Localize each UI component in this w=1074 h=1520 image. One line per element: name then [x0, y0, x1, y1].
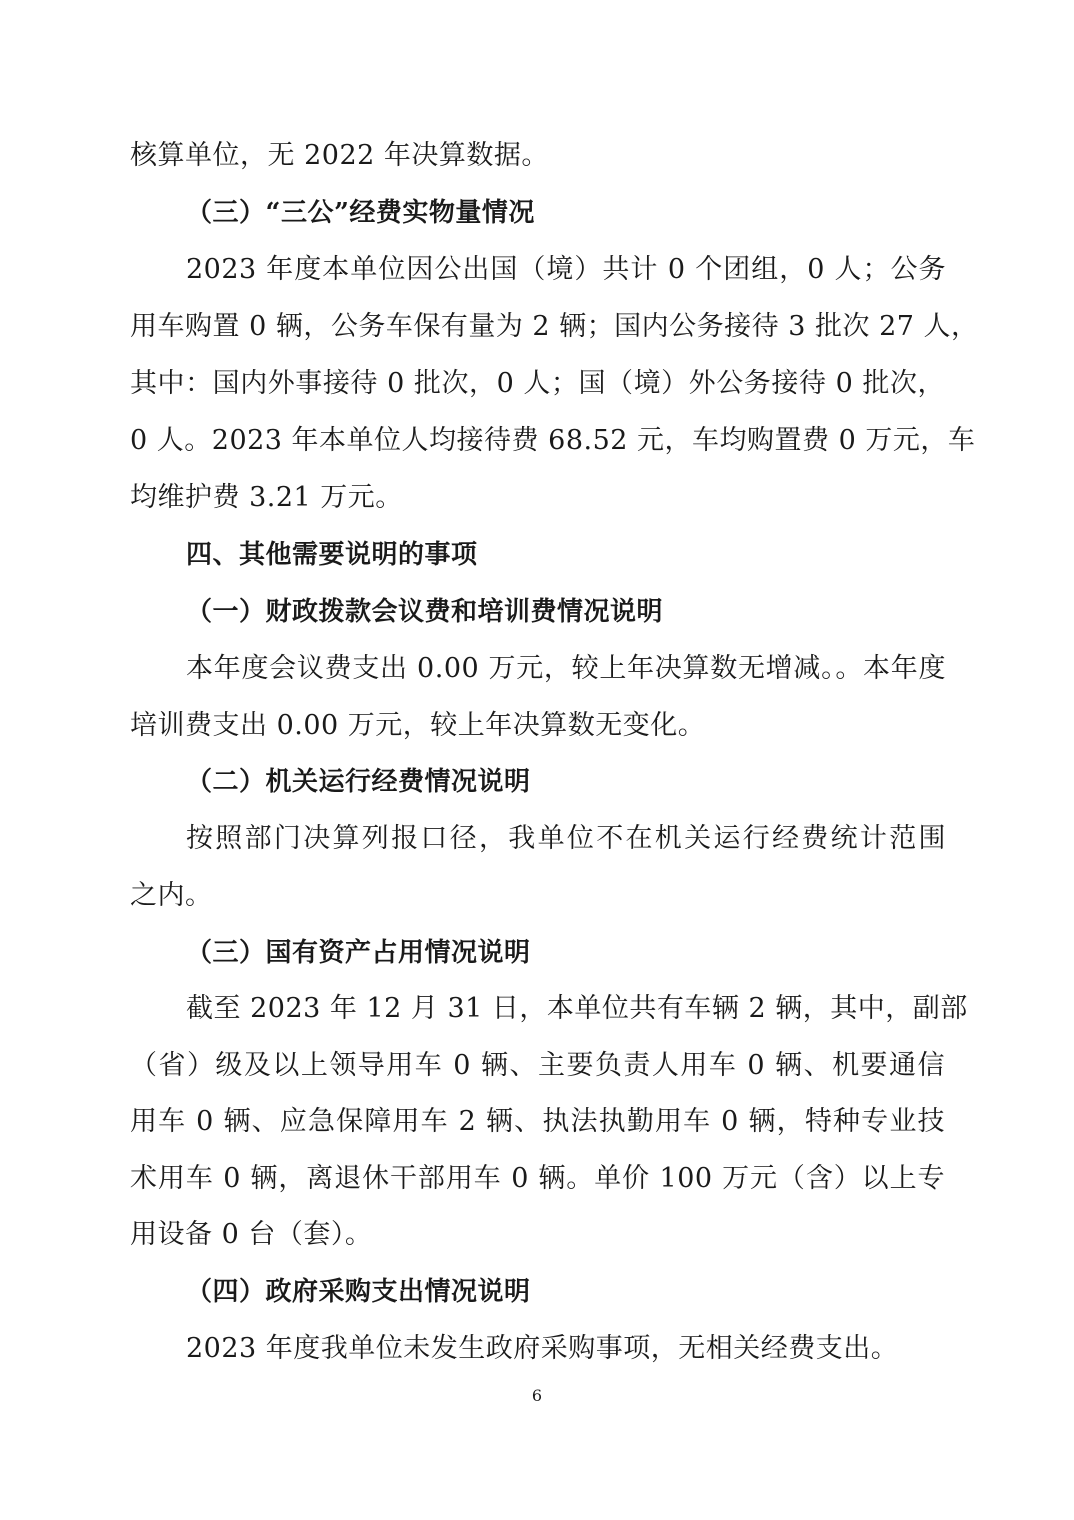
paragraph-line: （省）级及以上领导用车 0 辆、主要负责人用车 0 辆、机要通信: [130, 1048, 945, 1084]
section-heading-sangong-physical: （三）“三公”经费实物量情况: [186, 195, 1006, 231]
paragraph-line: 术用车 0 辆，离退休干部用车 0 辆。单价 100 万元（含）以上专: [130, 1161, 945, 1197]
paragraph-line: 2023 年度本单位因公出国（境）共计 0 个团组，0 人；公务: [186, 252, 946, 288]
page-number: 6: [0, 1386, 1074, 1406]
paragraph-line: 按照部门决算列报口径，我单位不在机关运行经费统计范围: [186, 821, 946, 857]
document-page: 核算单位，无 2022 年决算数据。 （三）“三公”经费实物量情况 2023 年…: [0, 0, 1074, 1520]
section-heading-gov-procurement: （四）政府采购支出情况说明: [186, 1274, 1006, 1310]
paragraph-line: 用设备 0 台（套）。: [130, 1217, 950, 1253]
paragraph-line: 截至 2023 年 12 月 31 日，本单位共有车辆 2 辆，其中，副部: [186, 991, 946, 1027]
paragraph-line: 用车购置 0 辆，公务车保有量为 2 辆；国内公务接待 3 批次 27 人，: [130, 309, 945, 345]
paragraph-line: 其中：国内外事接待 0 批次，0 人；国（境）外公务接待 0 批次，: [130, 366, 945, 402]
section-heading-meeting-training: （一）财政拨款会议费和培训费情况说明: [186, 594, 1006, 630]
paragraph-line: 0 人。2023 年本单位人均接待费 68.52 元，车均购置费 0 万元，车: [130, 423, 945, 459]
paragraph-line: 本年度会议费支出 0.00 万元，较上年决算数无增减。。本年度: [186, 651, 946, 687]
paragraph-line: 均维护费 3.21 万元。: [130, 480, 950, 516]
paragraph-line: 培训费支出 0.00 万元，较上年决算数无变化。: [130, 708, 950, 744]
section-heading-operating-funds: （二）机关运行经费情况说明: [186, 764, 1006, 800]
paragraph-line: 核算单位，无 2022 年决算数据。: [130, 138, 950, 174]
paragraph-line: 之内。: [130, 878, 950, 914]
paragraph-line: 用车 0 辆、应急保障用车 2 辆、执法执勤用车 0 辆，特种专业技: [130, 1104, 945, 1140]
paragraph-line: 2023 年度我单位未发生政府采购事项，无相关经费支出。: [186, 1331, 1006, 1367]
section-heading-state-assets: （三）国有资产占用情况说明: [186, 935, 1006, 971]
section-heading-other-matters: 四、其他需要说明的事项: [186, 537, 1006, 573]
